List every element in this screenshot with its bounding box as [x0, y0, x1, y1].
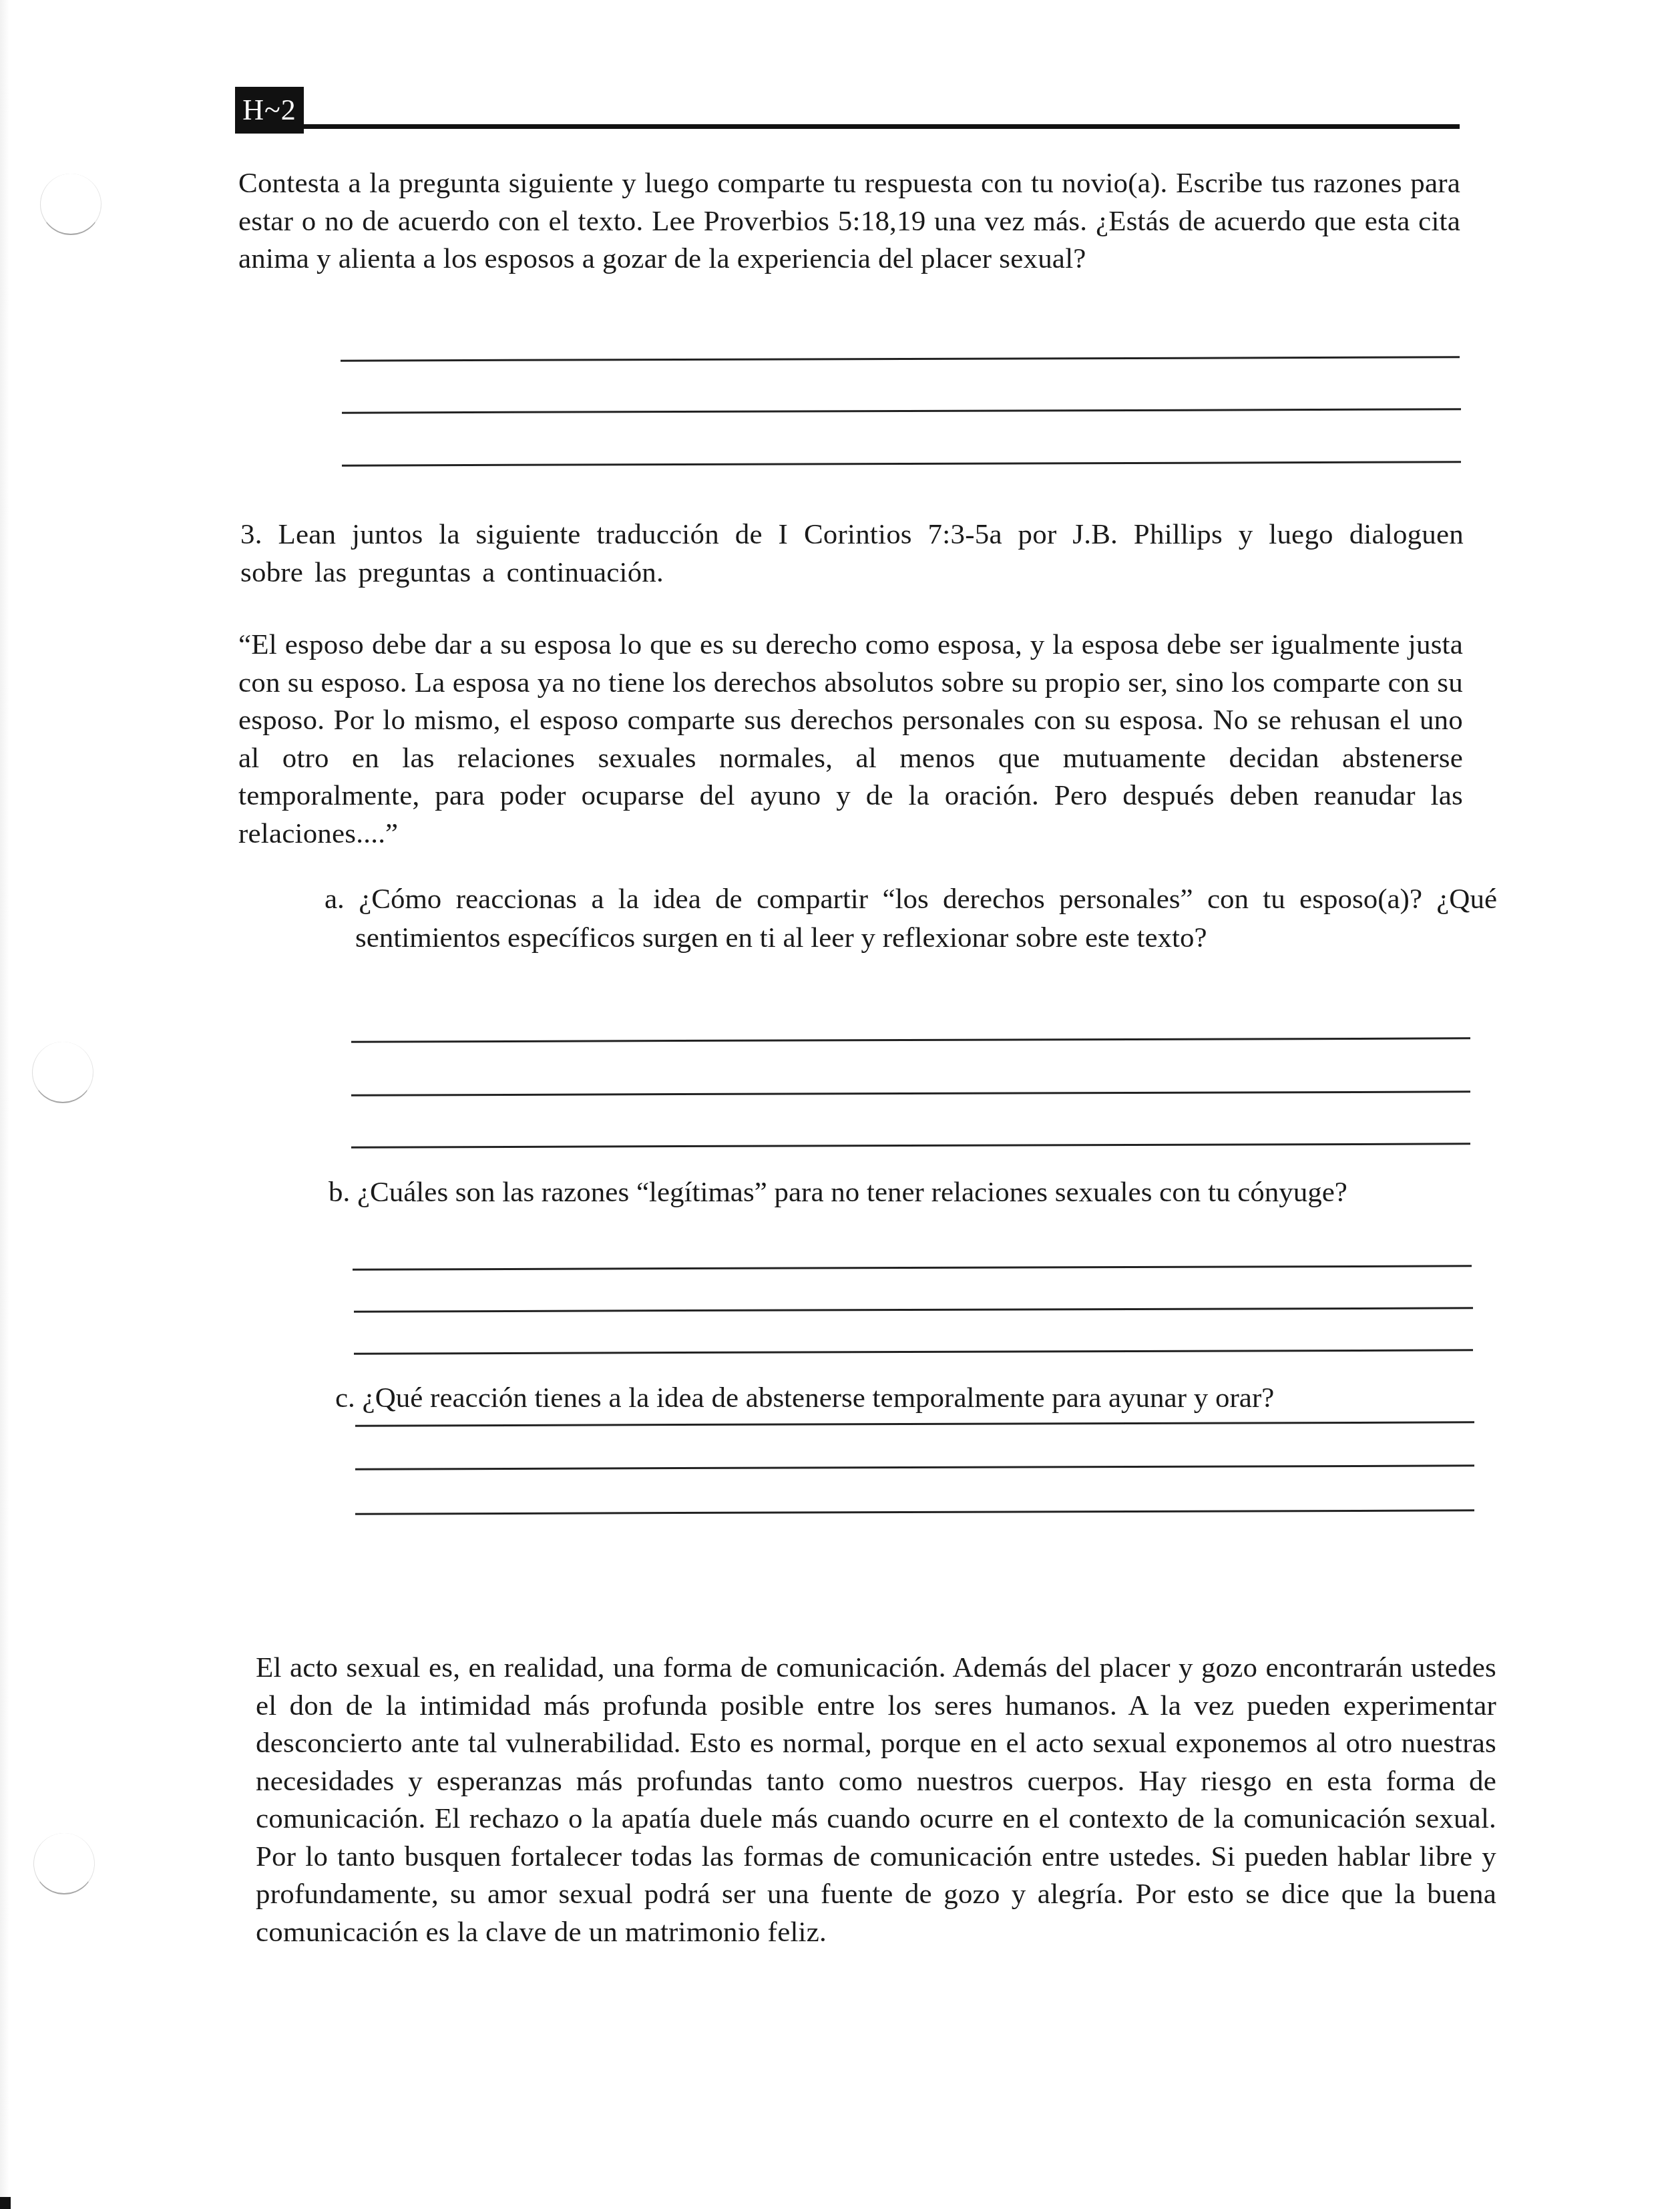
scan-edge-shadow	[0, 0, 9, 2209]
binder-hole-top	[40, 174, 101, 235]
answer-line[interactable]	[341, 356, 1460, 361]
answer-line-c[interactable]	[355, 1509, 1474, 1515]
answer-line-c[interactable]	[355, 1464, 1474, 1470]
question-a-text: ¿Cómo reaccionas a la idea de compartir …	[355, 883, 1497, 954]
section-3-heading: 3. Lean juntos la siguiente traducción d…	[240, 516, 1464, 592]
scan-mark	[0, 2197, 11, 2209]
answer-line[interactable]	[342, 408, 1461, 413]
header-rule	[304, 124, 1460, 129]
question-b-text: ¿Cuáles son las razones “legítimas” para…	[357, 1177, 1347, 1208]
page-tag: H~2	[235, 87, 304, 134]
question-a: a. ¿Cómo reaccionas a la idea de compart…	[325, 880, 1497, 958]
binder-hole-bottom	[33, 1833, 95, 1894]
question-c-label: c.	[335, 1382, 355, 1414]
scripture-quote: “El esposo debe dar a su esposa lo que e…	[238, 626, 1463, 853]
scripture-quote-text: “El esposo debe dar a su esposa lo que e…	[238, 626, 1463, 853]
answer-line-c[interactable]	[355, 1421, 1474, 1426]
intro-text: Contesta a la pregunta siguiente y luego…	[238, 165, 1460, 278]
answer-line-a[interactable]	[351, 1090, 1470, 1096]
answer-line-b[interactable]	[353, 1265, 1472, 1270]
closing-paragraph: El acto sexual es, en realidad, una form…	[256, 1649, 1496, 1951]
question-c: c. ¿Qué reacción tienes a la idea de abs…	[335, 1379, 1508, 1418]
section-3-heading-text: 3. Lean juntos la siguiente traducción d…	[240, 516, 1464, 592]
question-c-text: ¿Qué reacción tienes a la idea de absten…	[363, 1382, 1275, 1414]
closing-text: El acto sexual es, en realidad, una form…	[256, 1649, 1496, 1951]
question-a-label: a.	[325, 883, 345, 915]
question-b-label: b.	[329, 1177, 350, 1208]
answer-line-a[interactable]	[351, 1037, 1470, 1042]
answer-line[interactable]	[342, 461, 1461, 466]
answer-line-b[interactable]	[354, 1307, 1473, 1312]
answer-line-b[interactable]	[354, 1349, 1473, 1354]
binder-hole-middle	[32, 1042, 93, 1103]
intro-paragraph: Contesta a la pregunta siguiente y luego…	[238, 165, 1460, 278]
answer-line-a[interactable]	[351, 1143, 1470, 1148]
question-b: b. ¿Cuáles son las razones “legítimas” p…	[329, 1173, 1502, 1212]
